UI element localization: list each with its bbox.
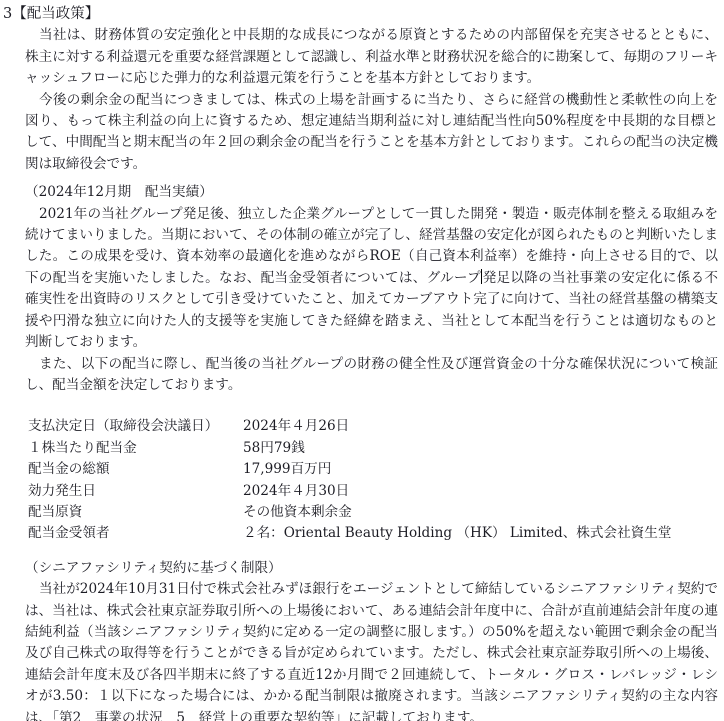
document-page: 3【配当政策】 当社は、財務体質の安定強化と中長期的な成長につながる原資とするた… (0, 0, 724, 721)
detail-label: 効力発生日 (28, 481, 243, 502)
detail-row-dividend-recipients: 配当金受領者 ２名：Oriental Beauty Holding （HK） L… (28, 523, 718, 544)
detail-label: 支払決定日（取締役会決議日） (28, 416, 243, 437)
senior-facility-subheading: （シニアファシリティ契約に基づく制限） (25, 558, 718, 579)
detail-row-total-dividend: 配当金の総額 17,999百万円 (28, 459, 718, 480)
detail-value: 58円79銭 (243, 438, 718, 459)
detail-value: 2024年４月30日 (243, 481, 718, 502)
detail-value: ２名：Oriental Beauty Holding （HK） Limited、… (243, 523, 718, 544)
policy-paragraph-2: 今後の剰余金の配当につきましては、株式の上場を計画するに当たり、さらに経営の機動… (25, 90, 718, 176)
detail-value: その他資本剰余金 (243, 502, 718, 523)
dividend-details-list: 支払決定日（取締役会決議日） 2024年４月26日 １株当たり配当金 58円79… (28, 416, 718, 544)
policy-paragraph-1: 当社は、財務体質の安定強化と中長期的な成長につながる原資とするための内部留保を充… (25, 25, 718, 89)
detail-row-dividend-source: 配当原資 その他資本剰余金 (28, 502, 718, 523)
detail-row-payment-decision-date: 支払決定日（取締役会決議日） 2024年４月26日 (28, 416, 718, 437)
detail-label: １株当たり配当金 (28, 438, 243, 459)
detail-value: 17,999百万円 (243, 459, 718, 480)
section-heading: 3【配当政策】 (3, 4, 718, 25)
dividend-results-paragraph-1: 2021年の当社グループ発足後、独立した企業グループとして一貫した開発・製造・販… (25, 204, 718, 354)
detail-label: 配当金の総額 (28, 459, 243, 480)
dividend-results-paragraph-2: また、以下の配当に際し、配当後の当社グループの財務の健全性及び運営資金の十分な確… (25, 354, 718, 397)
detail-label: 配当金受領者 (28, 523, 243, 544)
detail-row-dividend-per-share: １株当たり配当金 58円79銭 (28, 438, 718, 459)
detail-label: 配当原資 (28, 502, 243, 523)
detail-value: 2024年４月26日 (243, 416, 718, 437)
detail-row-effective-date: 効力発生日 2024年４月30日 (28, 481, 718, 502)
senior-facility-paragraph: 当社が2024年10月31日付で株式会社みずほ銀行をエージェントとして締結してい… (25, 579, 718, 721)
dividend-results-subheading: （2024年12月期 配当実績） (25, 182, 718, 203)
